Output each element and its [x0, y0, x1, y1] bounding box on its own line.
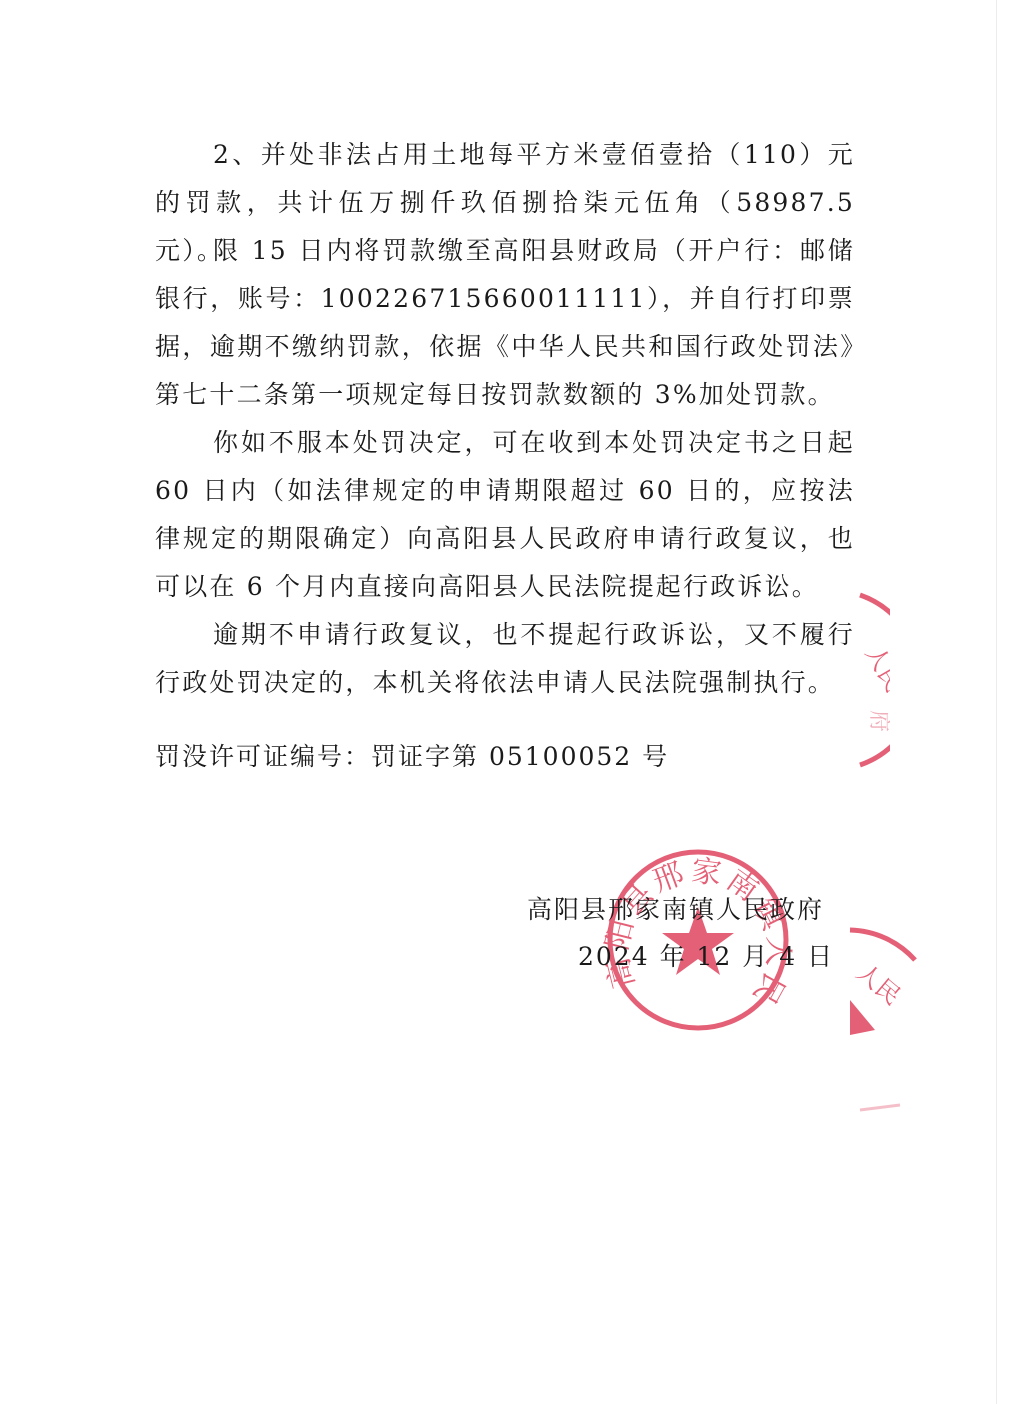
- svg-text:府: 府: [866, 710, 890, 732]
- signature-organization: 高阳县邢家南镇人民政府: [527, 890, 824, 926]
- partial-seal-icon: 人民: [820, 920, 920, 1120]
- partial-seal-icon: 人民 府: [760, 590, 890, 770]
- page-edge-line: [996, 0, 997, 1404]
- paragraph-payment-instructions: 限 15 日内将罚款缴至高阳县财政局（开户行：邮储银行，账号：100226715…: [155, 227, 855, 419]
- paragraph-enforcement: 逾期不申请行政复议，也不提起行政诉讼，又不履行行政处罚决定的，本机关将依法申请人…: [155, 611, 855, 707]
- svg-text:人民: 人民: [851, 958, 906, 1010]
- paragraph-appeal-rights: 你如不服本处罚决定，可在收到本处罚决定书之日起 60 日内（如法律规定的申请期限…: [155, 419, 855, 611]
- license-number: 罚没许可证编号：罚证字第 05100052 号: [155, 737, 669, 773]
- signature-date: 2024 年 12 月 4 日: [578, 937, 834, 973]
- svg-text:人民: 人民: [860, 641, 890, 697]
